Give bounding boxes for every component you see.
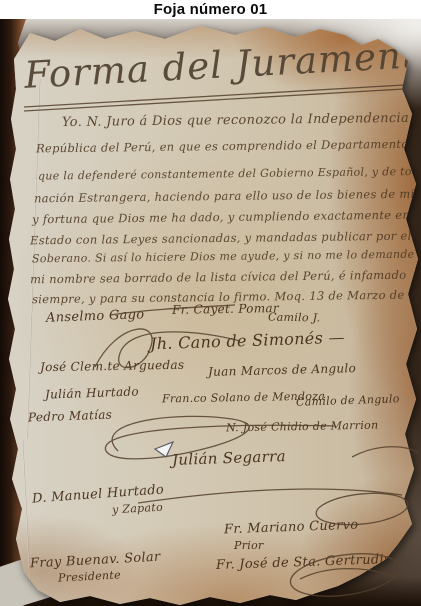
signature: Fr. Cayet. Pomar bbox=[172, 301, 279, 317]
signature: Camilo J. bbox=[268, 311, 321, 325]
manuscript-line: República del Perú, en que es comprendid… bbox=[36, 137, 421, 156]
signature: Pedro Matías bbox=[28, 408, 113, 425]
manuscript-line: Yo. N. Juro á Dios que reconozco la Inde… bbox=[62, 111, 409, 130]
manuscript-line: mi nombre sea borrado de la lista cívica… bbox=[30, 268, 407, 287]
manuscript-photo: Forma del Juramento Yo. N. Juro á Dios q… bbox=[0, 19, 421, 606]
manuscript-line: nación Estrangera, haciendo para ello us… bbox=[34, 187, 415, 206]
paper-wrap: Forma del Juramento Yo. N. Juro á Dios q… bbox=[0, 19, 421, 606]
signature: Jh. Cano de Simonés — bbox=[150, 328, 345, 354]
manuscript-line: y fortuna que Dios me ha dado, y cumplie… bbox=[32, 208, 410, 227]
manuscript-line: Soberano. Si así lo hiciere Dios me ayud… bbox=[32, 248, 415, 266]
signature: Fr. Mariano Cuervo bbox=[224, 518, 359, 538]
signature: N. José Chidio de Marrion bbox=[226, 419, 379, 435]
signature: Fr. José de Sta. Gertrudis bbox=[216, 552, 391, 573]
signature-note: Prior bbox=[234, 539, 264, 552]
signature: Camilo de Angulo bbox=[296, 392, 400, 409]
manuscript-title: Forma del Juramento bbox=[23, 32, 421, 97]
signature: Juan Marcos de Angulo bbox=[208, 361, 356, 379]
signature: José Clem.te Arguedas bbox=[40, 358, 185, 375]
signature: Julián Hurtado bbox=[45, 384, 139, 401]
manuscript-page: Forma del Juramento Yo. N. Juro á Dios q… bbox=[0, 19, 421, 606]
manuscript-line: Estado con las Leyes sancionadas, y mand… bbox=[30, 229, 412, 248]
caption-bar: Foja número 01 bbox=[0, 0, 421, 19]
signature-note: y Zapato bbox=[112, 501, 164, 517]
signature-note: Presidente bbox=[58, 568, 122, 584]
page-caption: Foja número 01 bbox=[154, 1, 268, 18]
page: Foja número 01 Forma del Juramento Yo. N… bbox=[0, 0, 421, 606]
signature: Fray Buenav. Solar bbox=[30, 550, 161, 572]
signature: Anselmo Gago bbox=[46, 307, 145, 325]
signature: Julián Segarra bbox=[172, 447, 286, 469]
manuscript-line: que la defenderé constantemente del Gobi… bbox=[38, 164, 421, 182]
